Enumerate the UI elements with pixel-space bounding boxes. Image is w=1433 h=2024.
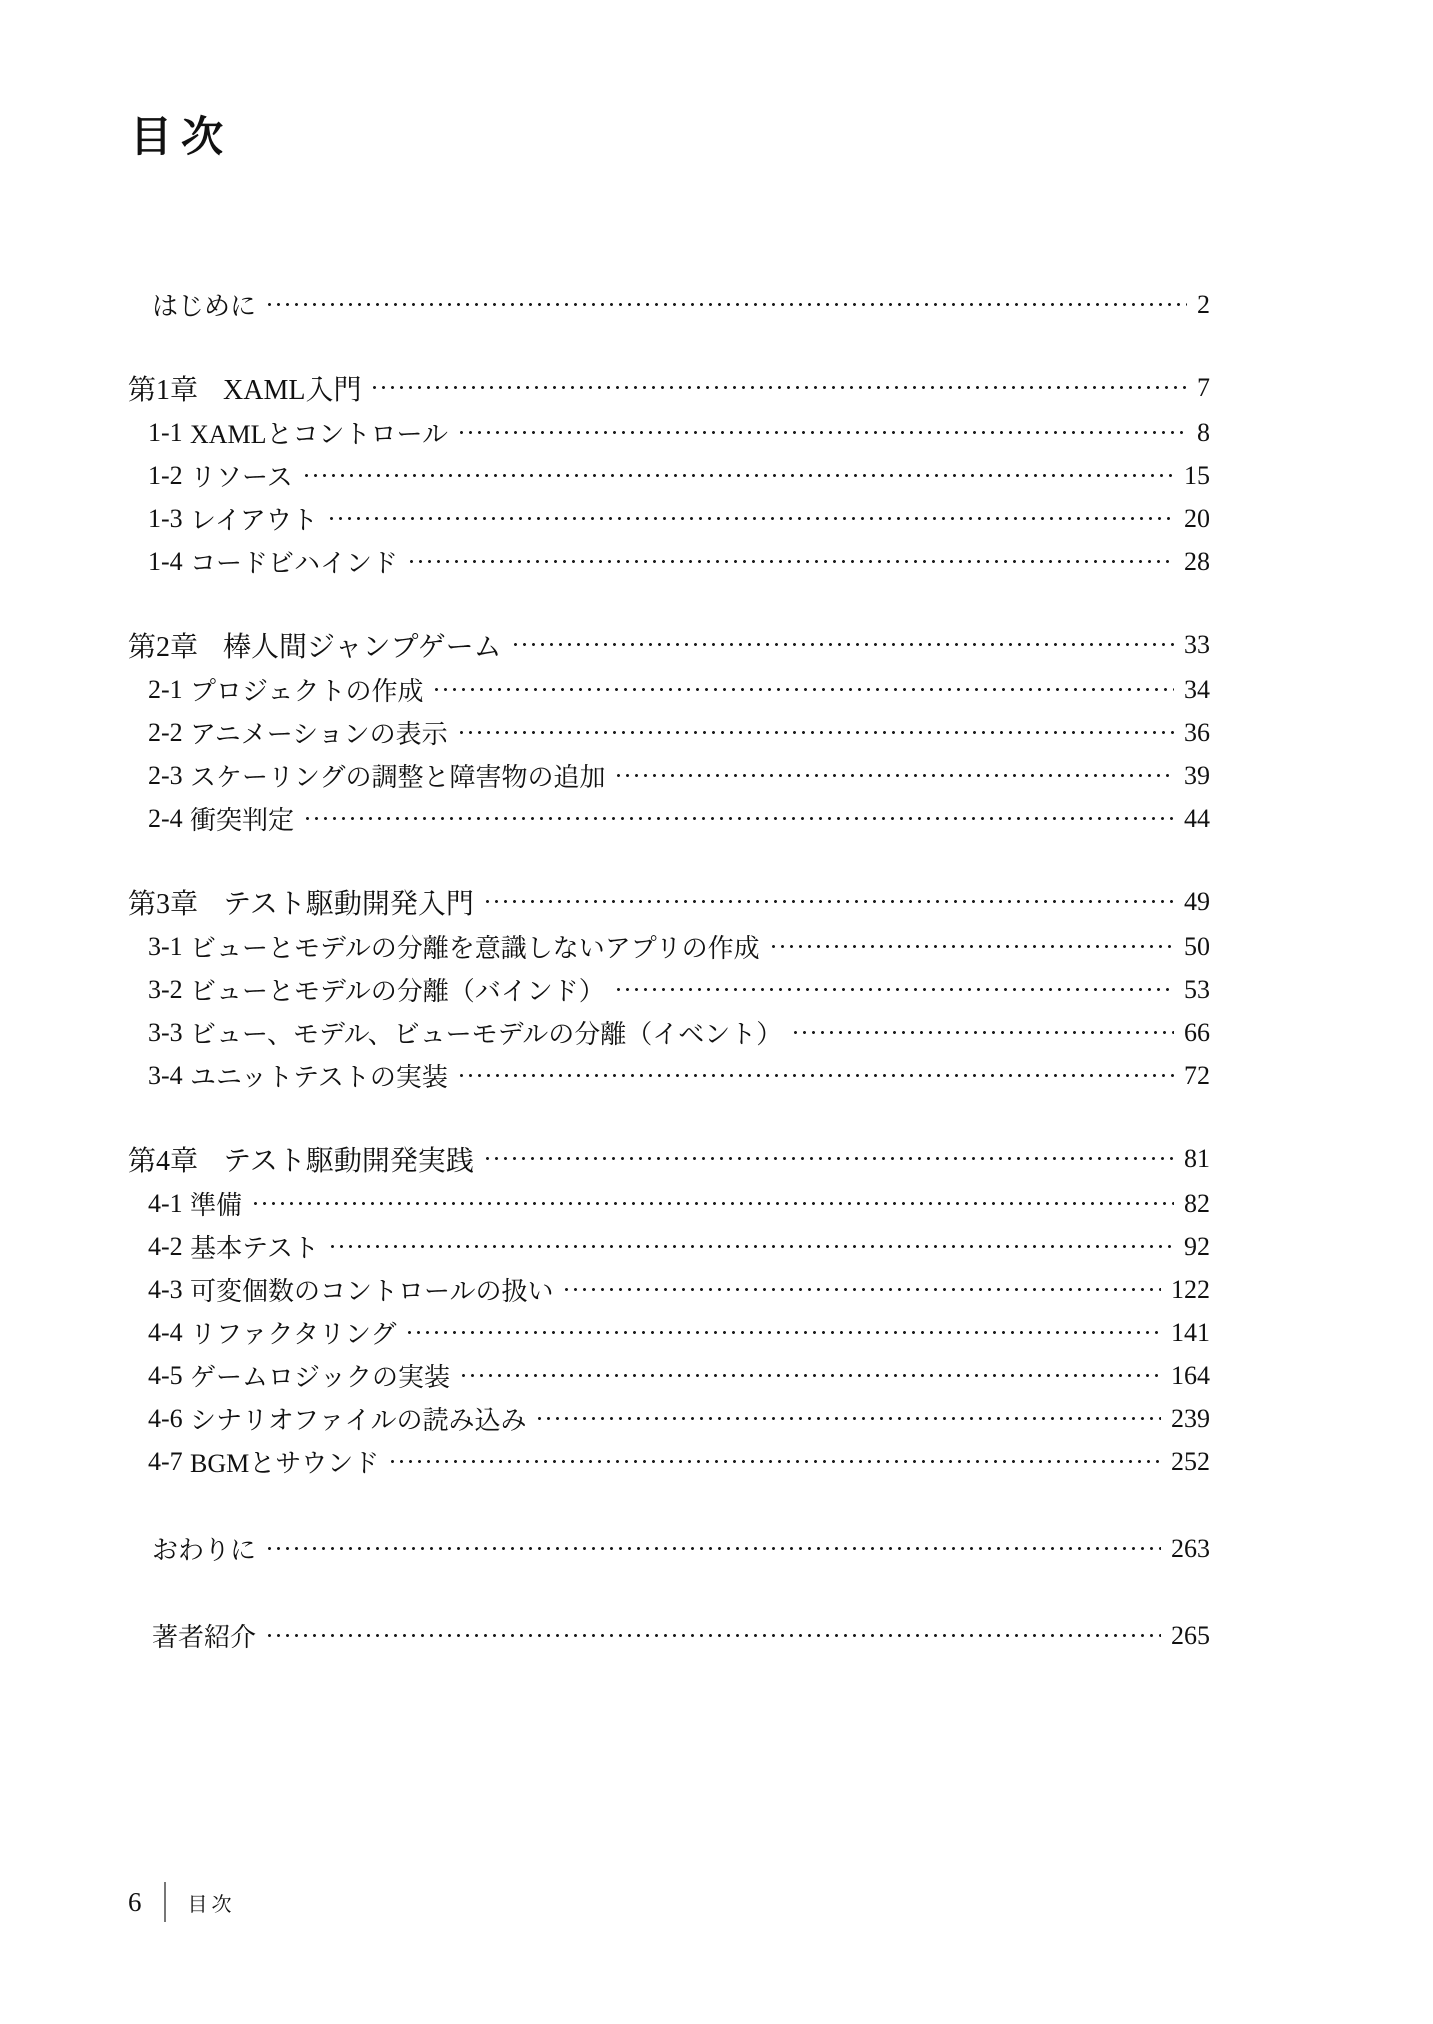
toc-chapter-row: 第1章 XAML入門 7 [0,364,1210,411]
toc-section-number: 2-2 [148,718,190,748]
toc-section-page: 82 [1184,1189,1210,1219]
footer-page-number: 6 [128,1887,142,1918]
toc-section-page: 53 [1184,975,1210,1005]
toc-section-row: 4-2 基本テスト 92 [0,1225,1210,1268]
dot-leader [327,497,1174,540]
toc-entry-label: はじめに [152,286,256,323]
dot-leader [769,925,1174,968]
toc-section-row: 1-3 レイアウト 20 [0,497,1210,540]
toc-chapter-row: 第3章 テスト駆動開発入門 49 [0,878,1210,925]
toc-chapter-title: XAML入門 [223,368,361,408]
toc-section-page: 34 [1184,675,1210,705]
dot-leader [265,283,1187,326]
footer-divider [164,1882,166,1922]
toc-section-number: 3-4 [148,1061,190,1091]
toc-section-number: 1-4 [148,547,190,577]
toc-section-page: 44 [1184,804,1210,834]
toc-section-row: 2-1 プロジェクトの作成 34 [0,668,1210,711]
toc-section-row: 2-3 スケーリングの調整と障害物の追加 39 [0,754,1210,797]
dot-leader [303,797,1174,840]
toc-section-number: 4-2 [148,1232,190,1262]
dot-leader [483,880,1174,923]
toc-section-label: リソース [190,457,293,494]
toc-section-page: 20 [1184,504,1210,534]
toc-section-page: 141 [1171,1318,1210,1348]
toc-entry-label: おわりに [152,1530,256,1567]
toc-section-row: 4-7 BGMとサウンド 252 [0,1440,1210,1483]
toc-section-page: 72 [1184,1061,1210,1091]
toc-chapter-row: 第2章 棒人間ジャンプゲーム 33 [0,621,1210,668]
dot-leader [562,1268,1161,1311]
toc-section-row: 4-1 準備 82 [0,1182,1210,1225]
toc-section-number: 2-1 [148,675,190,705]
toc-entry-page: 263 [1171,1534,1210,1564]
toc-section-page: 39 [1184,761,1210,791]
toc-section-row: 2-4 衝突判定 44 [0,797,1210,840]
toc-section-page: 15 [1184,461,1210,491]
toc-section-page: 122 [1171,1275,1210,1305]
toc-section-page: 252 [1171,1447,1210,1477]
toc-section-row: 1-2 リソース 15 [0,454,1210,497]
toc-section-row: 4-6 シナリオファイルの読み込み 239 [0,1397,1210,1440]
toc-section-page: 239 [1171,1404,1210,1434]
dot-leader [483,1137,1174,1180]
toc-section-number: 3-1 [148,932,190,962]
dot-leader [370,366,1187,409]
toc-section-label: ビュー、モデル、ビューモデルの分離（イベント） [190,1014,782,1051]
toc-chapter-page: 33 [1184,630,1210,660]
toc-section-label: XAMLとコントロール [190,414,448,451]
toc-section-label: BGMとサウンド [190,1443,379,1480]
toc-section-row: 3-1 ビューとモデルの分離を意識しないアプリの作成 50 [0,925,1210,968]
toc-section-label: ユニットテストの実装 [190,1057,448,1094]
toc-section-label: ビューとモデルの分離を意識しないアプリの作成 [190,928,760,965]
toc-section-row: 4-5 ゲームロジックの実装 164 [0,1354,1210,1397]
toc-section-label: 基本テスト [190,1228,319,1265]
dot-leader [265,1527,1161,1570]
toc-chapter-page: 7 [1197,373,1210,403]
toc-section-label: アニメーションの表示 [190,714,448,751]
toc-chapter-number: 第4章 [128,1139,223,1179]
toc-entry-label: 著者紹介 [152,1617,256,1654]
toc-entry-front: はじめに 2 [0,283,1210,326]
toc-section-row: 1-1 XAMLとコントロール 8 [0,411,1210,454]
toc-section-label: 衝突判定 [190,800,294,837]
toc-section-label: スケーリングの調整と障害物の追加 [190,757,605,794]
toc-section-number: 1-3 [148,504,190,534]
toc-section-number: 3-2 [148,975,190,1005]
toc-section-row: 3-4 ユニットテストの実装 72 [0,1054,1210,1097]
toc-section-page: 36 [1184,718,1210,748]
dot-leader [457,1054,1174,1097]
toc-section-label: ビューとモデルの分離（バインド） [190,971,605,1008]
toc-section-number: 3-3 [148,1018,190,1048]
dot-leader [614,754,1174,797]
toc-section-number: 2-3 [148,761,190,791]
toc-section-number: 4-5 [148,1361,190,1391]
toc-section-label: シナリオファイルの読み込み [190,1400,526,1437]
toc-section-label: 準備 [190,1185,242,1222]
toc-section-page: 8 [1197,418,1210,448]
toc-section-label: 可変個数のコントロールの扱い [190,1271,553,1308]
page-footer: 6 目次 [128,1882,236,1922]
toc-chapter-row: 第4章 テスト駆動開発実践 81 [0,1135,1210,1182]
dot-leader [302,454,1174,497]
toc-entry-back: おわりに 263 [0,1527,1210,1570]
toc-section-page: 92 [1184,1232,1210,1262]
toc-section-number: 4-3 [148,1275,190,1305]
toc-chapter-title: テスト駆動開発実践 [223,1139,474,1179]
toc-section-label: プロジェクトの作成 [190,671,423,708]
toc-section-number: 4-1 [148,1189,190,1219]
dot-leader [432,668,1174,711]
toc-section-page: 164 [1171,1361,1210,1391]
toc-section-row: 4-3 可変個数のコントロールの扱い 122 [0,1268,1210,1311]
dot-leader [535,1397,1161,1440]
toc-section-row: 3-3 ビュー、モデル、ビューモデルの分離（イベント） 66 [0,1011,1210,1054]
dot-leader [265,1614,1161,1657]
toc-section-label: リファクタリング [190,1314,396,1351]
footer-section-title: 目次 [188,1888,236,1917]
dot-leader [457,711,1174,754]
dot-leader [614,968,1174,1011]
toc-section-row: 3-2 ビューとモデルの分離（バインド） 53 [0,968,1210,1011]
toc-chapter-number: 第1章 [128,368,223,408]
toc-section-row: 2-2 アニメーションの表示 36 [0,711,1210,754]
toc-chapter-page: 49 [1184,887,1210,917]
toc-section-page: 28 [1184,547,1210,577]
toc-section-number: 4-6 [148,1404,190,1434]
toc-section-label: コードビハインド [190,543,398,580]
dot-leader [407,540,1174,583]
toc-section-row: 1-4 コードビハインド 28 [0,540,1210,583]
toc-section-number: 4-4 [148,1318,190,1348]
toc-section-number: 1-1 [148,418,190,448]
toc-section-number: 1-2 [148,461,190,491]
toc-section-label: レイアウト [190,500,318,537]
toc-page: 目次 はじめに 2 第1章 XAML入門 7 1-1 XAMLとコントロール 8… [0,0,1433,2024]
dot-leader [511,623,1174,666]
dot-leader [459,1354,1161,1397]
dot-leader [457,411,1187,454]
toc-section-label: ゲームロジックの実装 [190,1357,450,1394]
toc-section-page: 66 [1184,1018,1210,1048]
page-title: 目次 [130,104,232,164]
dot-leader [251,1182,1174,1225]
toc-section-number: 2-4 [148,804,190,834]
dot-leader [791,1011,1174,1054]
dot-leader [388,1440,1161,1483]
toc-entry-page: 265 [1171,1621,1210,1651]
toc-chapter-number: 第3章 [128,882,223,922]
toc-chapter-page: 81 [1184,1144,1210,1174]
toc-list: はじめに 2 第1章 XAML入門 7 1-1 XAMLとコントロール 8 1-… [0,283,1210,1657]
toc-section-page: 50 [1184,932,1210,962]
toc-chapter-number: 第2章 [128,625,223,665]
toc-chapter-title: 棒人間ジャンプゲーム [223,625,502,665]
toc-entry-back: 著者紹介 265 [0,1614,1210,1657]
toc-chapter-title: テスト駆動開発入門 [223,882,474,922]
toc-section-number: 4-7 [148,1447,190,1477]
dot-leader [328,1225,1174,1268]
dot-leader [405,1311,1161,1354]
toc-entry-page: 2 [1197,290,1210,320]
toc-section-row: 4-4 リファクタリング 141 [0,1311,1210,1354]
